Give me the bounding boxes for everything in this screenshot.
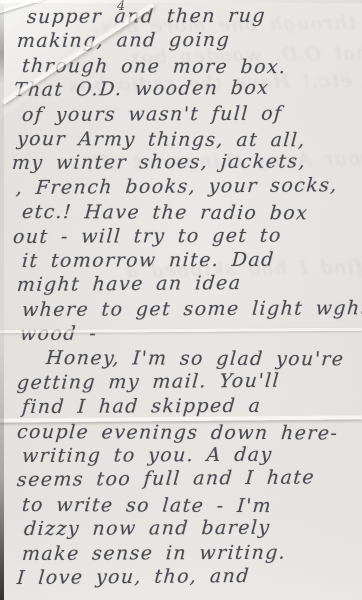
handwritten-line: supper and then rug [26,3,362,29]
handwritten-line: seems too full and I hate [16,465,362,492]
handwritten-line: , French books, your socks, [15,173,362,200]
handwritten-line: dizzy now and barely [23,515,362,541]
handwriting-block: supper and then rug making, and going th… [0,0,362,590]
handwritten-line: wood - [19,320,362,346]
handwritten-line: make sense in writing. [21,540,362,566]
handwritten-line: might have an idea [16,270,362,297]
handwritten-line: getting my mail. You'll [16,368,362,395]
handwritten-line: etc.! Have the radio box [21,200,362,226]
handwritten-line: of yours wasn't full of [21,101,362,127]
handwritten-line: where to get some light wght. [21,296,362,322]
handwritten-line: That O.D. wooden box [13,75,362,102]
handwritten-line: find I had skipped a [21,393,362,419]
handwritten-line: it tomorrow nite. Dad [21,247,362,273]
handwritten-line: I love you, tho, and [16,563,362,590]
page-number-mark: 4 [117,0,125,14]
handwritten-line: making, and going [16,28,362,54]
handwritten-line: my winter shoes, jackets, [11,150,362,176]
handwritten-line: out - will try to get to [12,223,362,249]
letter-scan-page: through one more box. That O.D. wooden b… [0,0,362,600]
